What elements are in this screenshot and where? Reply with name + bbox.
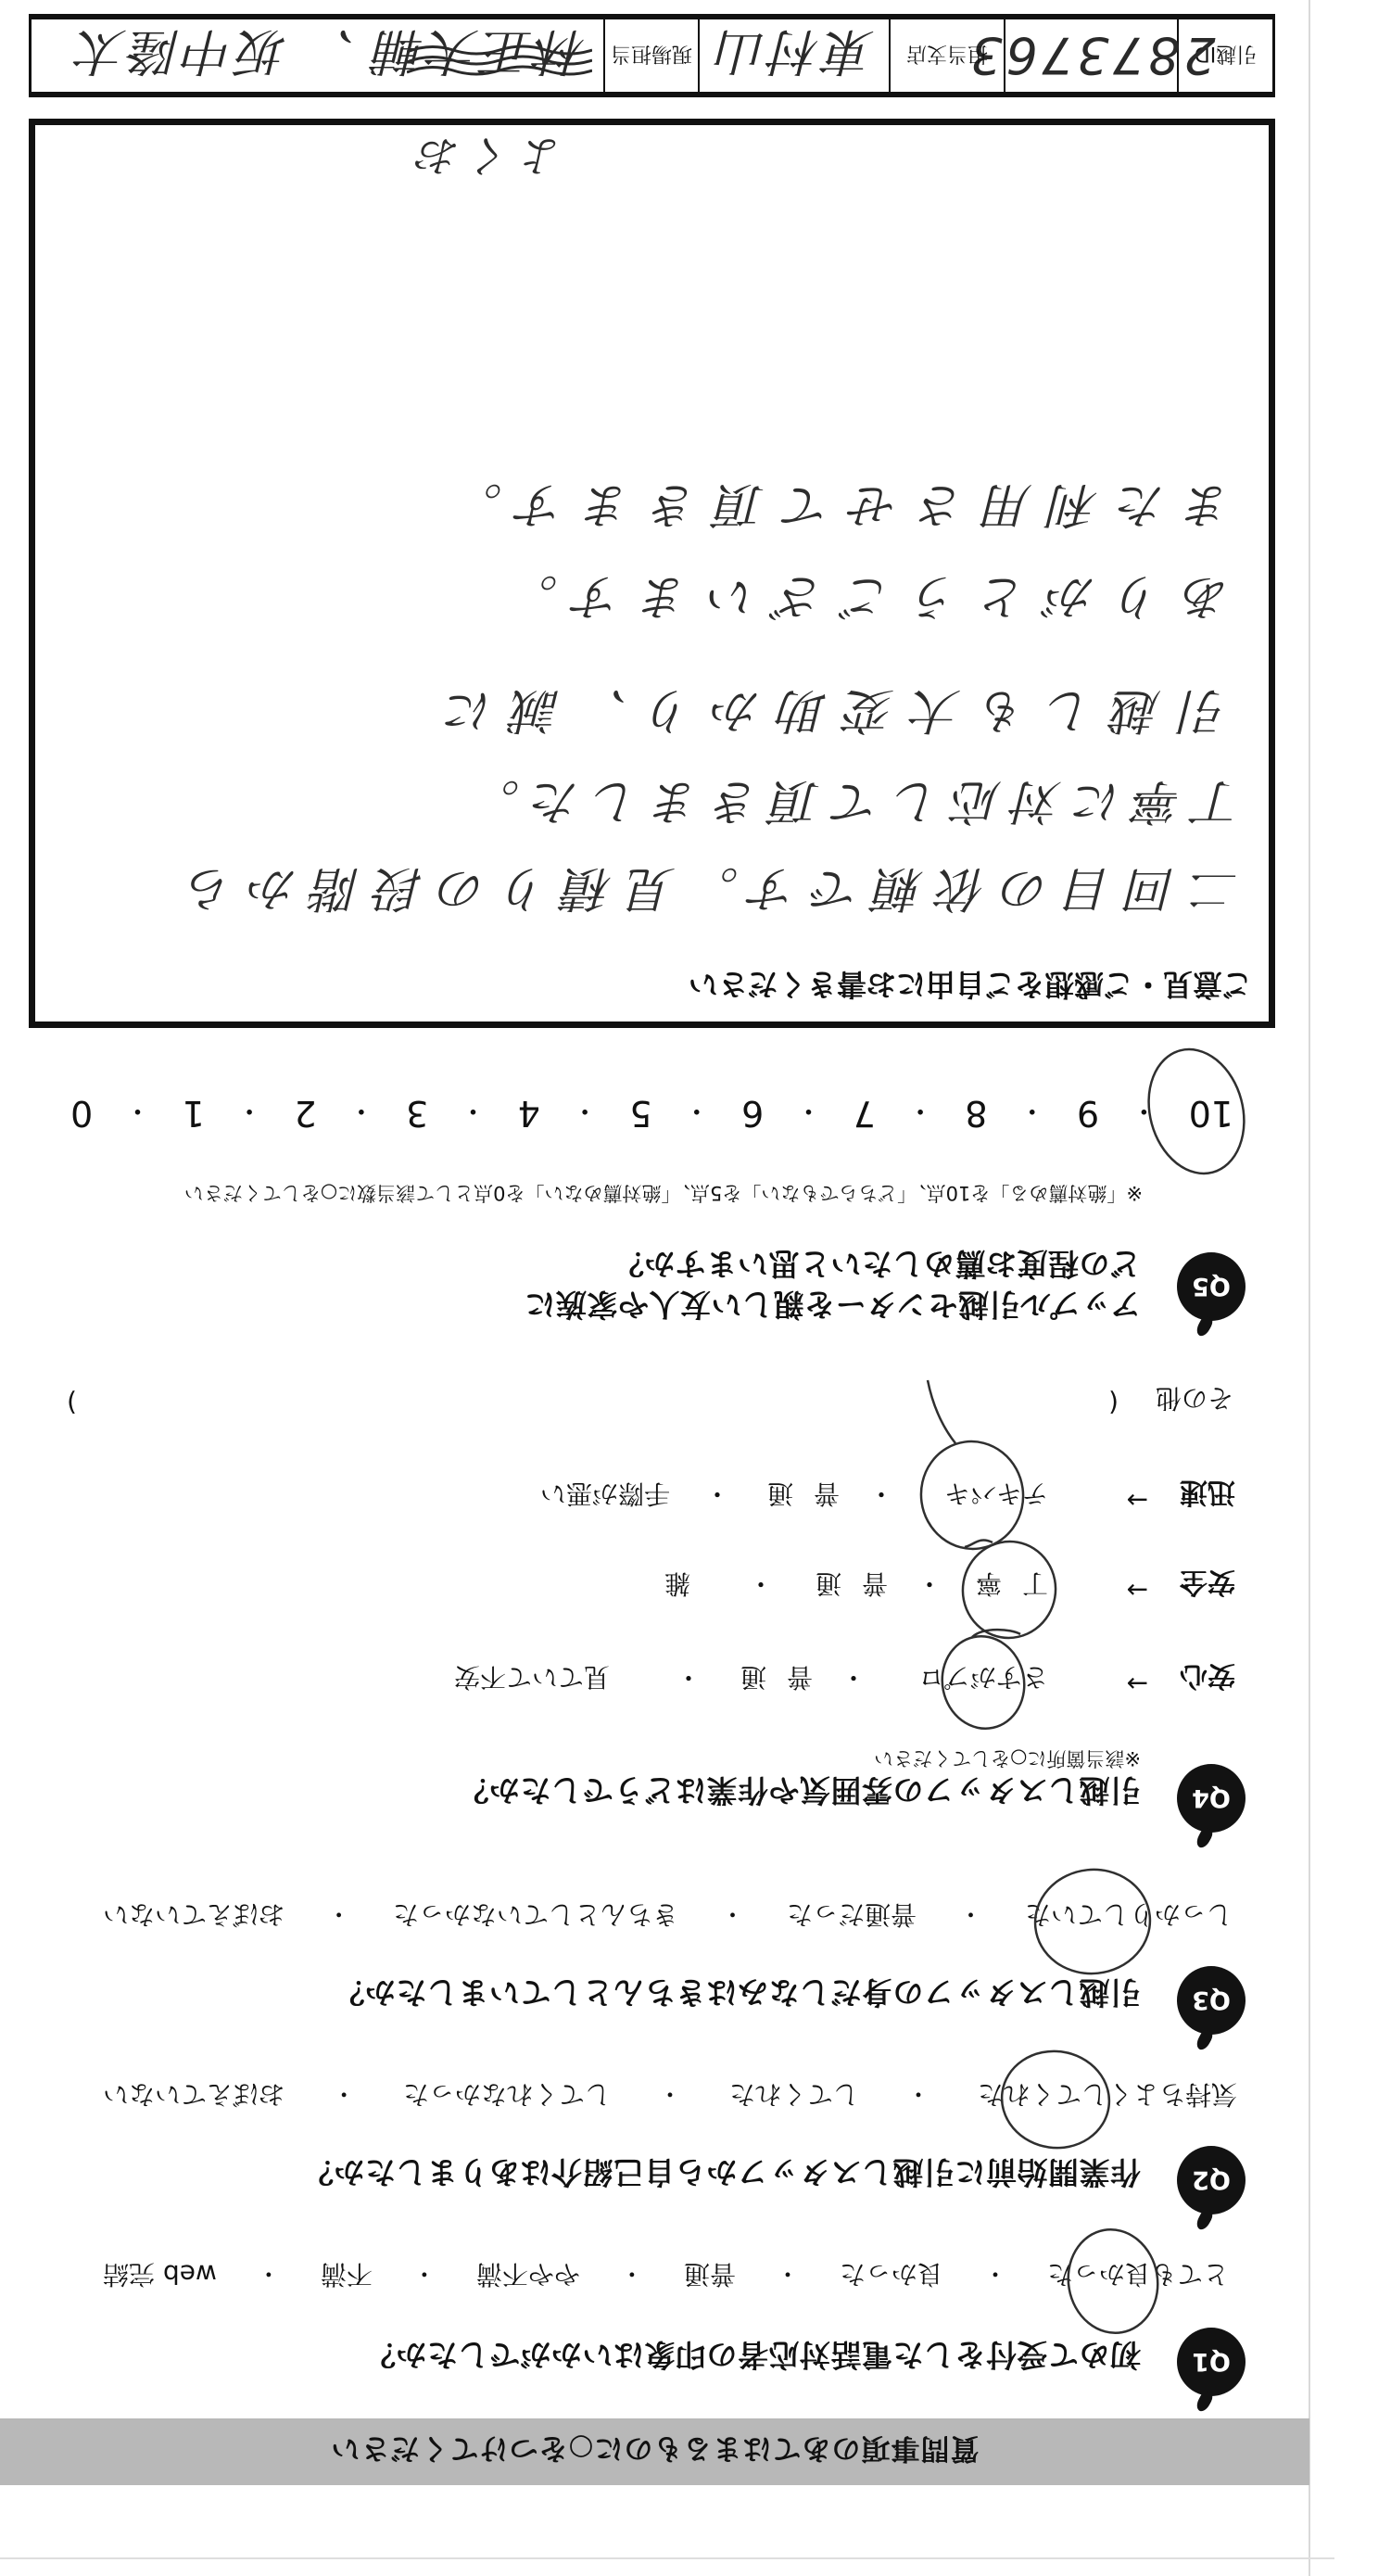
- separator-dot: ・: [676, 1660, 702, 1697]
- instructions-bar: 質問事項のあてはまるものに○をつけてください: [0, 2418, 1309, 2485]
- separator-dot: ・: [459, 1093, 487, 1134]
- q1-option-somewhat-dissatisfied[interactable]: やや不満: [476, 2257, 580, 2294]
- separator-dot: ・: [1130, 1093, 1157, 1134]
- separator-dot: ・: [1018, 1093, 1046, 1134]
- branch-value-cell: 東村山: [698, 19, 889, 92]
- separator-dot: ・: [124, 1093, 152, 1134]
- q3-apple-badge-icon: Q3: [1177, 1966, 1246, 2035]
- separator-dot: ・: [794, 1093, 822, 1134]
- arrow-right-icon: →: [1127, 1575, 1148, 1605]
- staff-name: 坂中隆太: [73, 20, 288, 92]
- separator-dot: ・: [868, 1477, 894, 1514]
- separator-dot: ・: [257, 2259, 281, 2293]
- arrow-right-icon: →: [1127, 1669, 1148, 1699]
- q4-row-label-peace-of-mind: 安心: [1180, 1658, 1235, 1699]
- q1-badge-label: Q1: [1192, 2348, 1231, 2377]
- separator-dot: ・: [332, 2079, 356, 2113]
- q1-apple-badge-icon: Q1: [1177, 2328, 1246, 2396]
- q2-option-no[interactable]: してくれなかった: [403, 2077, 611, 2114]
- q3-option-normal[interactable]: 普通だった: [787, 1897, 917, 1935]
- staff-value-cell: 林正大輔 、 坂中隆太: [32, 19, 603, 92]
- q1-option-normal[interactable]: 普通: [684, 2257, 736, 2294]
- q4-other-label: その他: [1156, 1381, 1233, 1418]
- comments-title: ご意見・ご感想をご自由にお書きください: [689, 965, 1252, 1008]
- q1-option-good[interactable]: 良かった: [840, 2257, 943, 2294]
- move-info-row: 引越ID 2873763 担当支店 東村山 現場担当 林正大輔 、 坂中隆太: [29, 14, 1275, 97]
- q2-option-dont-remember[interactable]: おぼえていない: [103, 2077, 285, 2114]
- q3-question-text: 引越しスタッフの身だしなみはきちんとしていましたか？: [334, 1973, 1141, 2016]
- q4-peace-option-pro[interactable]: さすがプロ: [918, 1660, 1048, 1697]
- q3-option-neat[interactable]: しっかりしていた: [1025, 1897, 1233, 1935]
- q1-question-text: 初めて受付をした電話対応者の印象はいかがでしたか？: [365, 2335, 1142, 2379]
- q2-option-yes[interactable]: してくれた: [729, 2077, 859, 2114]
- scale-6[interactable]: 6: [741, 1093, 764, 1134]
- q4-peace-option-normal[interactable]: 普通: [720, 1660, 813, 1697]
- q4-other-open-paren: (: [1108, 1388, 1119, 1418]
- q2-badge-label: Q2: [1192, 2166, 1231, 2195]
- scale-7[interactable]: 7: [854, 1093, 876, 1134]
- q4-other-field[interactable]: [94, 1387, 1094, 1418]
- separator-dot: ・: [841, 1660, 866, 1697]
- q4-speed-option-brisk[interactable]: テキパキ: [944, 1477, 1048, 1514]
- scale-0[interactable]: 0: [70, 1093, 93, 1134]
- separator-dot: ・: [917, 1567, 942, 1604]
- q3-option-dont-remember[interactable]: おぼえていない: [103, 1897, 285, 1935]
- separator-dot: ・: [906, 1093, 934, 1134]
- q2-question-text: 作業開始前に引越しスタッフから自己紹介はありましたか？: [303, 2152, 1142, 2196]
- staff-label-cell: 現場担当: [603, 19, 698, 92]
- comment-line: 二回目の依頼です。見積りの段階から: [171, 859, 1239, 917]
- arrow-right-icon: →: [1127, 1485, 1148, 1516]
- separator-dot: ・: [658, 2079, 682, 2113]
- separator-dot: ・: [412, 2259, 436, 2293]
- q4-badge-label: Q4: [1192, 1784, 1231, 1813]
- move-id-value: 2873763: [967, 27, 1216, 85]
- q5-apple-badge-icon: Q5: [1177, 1252, 1246, 1321]
- q1-option-very-good[interactable]: とても良かった: [1047, 2257, 1229, 2294]
- q4-safety-option-careful[interactable]: 丁寧: [955, 1567, 1048, 1604]
- move-id-value-cell: 2873763: [1004, 19, 1177, 92]
- comment-line: また利用させて頂きます。: [436, 476, 1233, 533]
- separator-dot: ・: [348, 1093, 375, 1134]
- separator-dot: ・: [704, 1477, 730, 1514]
- q3-option-not-neat[interactable]: きちんとしていなかった: [393, 1897, 678, 1935]
- separator-dot: ・: [776, 2259, 800, 2293]
- q5-question-line2: どの程度お薦めしたいと思いますか？: [613, 1244, 1142, 1288]
- scale-9[interactable]: 9: [1077, 1093, 1099, 1134]
- separator-dot: ・: [748, 1567, 774, 1604]
- q5-note: ※「絶対薦める」を10点、「どちらでもない」を5点、「絶対薦めない」を0点として…: [184, 1180, 1143, 1208]
- separator-dot: ・: [721, 1899, 745, 1934]
- scale-8[interactable]: 8: [965, 1093, 987, 1134]
- scale-2[interactable]: 2: [294, 1093, 316, 1134]
- staff-separator: 、: [301, 20, 355, 92]
- handwritten-mark: よくお: [409, 127, 564, 184]
- q1-option-dissatisfied[interactable]: 不満: [321, 2257, 373, 2294]
- branch-value: 東村山: [714, 20, 875, 92]
- scale-5[interactable]: 5: [629, 1093, 651, 1134]
- comment-line: ありがとうございます。: [490, 567, 1231, 625]
- scale-10[interactable]: 10: [1189, 1093, 1233, 1134]
- branch-label-cell: 担当支店: [889, 19, 1004, 92]
- q4-peace-option-anxious[interactable]: 見ていて不安: [454, 1660, 610, 1697]
- survey-form-scan: 質問事項のあてはまるものに○をつけてください Q1 初めて受付をした電話対応者の…: [0, 0, 1391, 2576]
- separator-dot: ・: [683, 1093, 711, 1134]
- scan-edge-line: [0, 2557, 1334, 2559]
- separator-dot: ・: [959, 1899, 983, 1934]
- q4-speed-option-normal[interactable]: 普通: [747, 1477, 840, 1514]
- q5-recommend-scale: 10 ・ 9 ・ 8 ・ 7 ・ 6 ・ 5 ・ 4 ・ 3 ・ 2 ・ 1 ・…: [70, 1093, 1233, 1134]
- branch-label: 担当支店: [906, 42, 988, 70]
- q4-row-label-safety: 安全: [1180, 1565, 1235, 1605]
- q4-speed-option-clumsy[interactable]: 手際が悪い: [540, 1477, 670, 1514]
- q1-option-web-complete[interactable]: web 完結: [103, 2257, 217, 2294]
- q2-apple-badge-icon: Q2: [1177, 2146, 1246, 2214]
- q2-options: 気持ちよくしてくれた ・ してくれた ・ してくれなかった ・ おぼえていない: [103, 2077, 1237, 2114]
- q4-pen-connector-icon: [972, 1630, 1020, 1637]
- q4-row-label-speed: 迅速: [1180, 1475, 1235, 1516]
- q4-other-close-paren: ): [67, 1388, 77, 1418]
- q4-pen-connector-icon: [965, 1541, 993, 1547]
- q4-question-text: 引越しスタッフの雰囲気や作業はどうでしたか？: [458, 1770, 1141, 1814]
- instructions-text: 質問事項のあてはまるものに○をつけてください: [330, 2431, 979, 2473]
- scale-4[interactable]: 4: [518, 1093, 540, 1134]
- comment-line: 丁寧に対応して頂きました。: [460, 772, 1243, 830]
- separator-dot: ・: [983, 2259, 1007, 2293]
- q3-badge-label: Q3: [1192, 1986, 1231, 2015]
- q2-option-pleasantly[interactable]: 気持ちよくしてくれた: [978, 2077, 1237, 2114]
- q5-badge-label: Q5: [1192, 1273, 1231, 1301]
- q4-apple-badge-icon: Q4: [1177, 1764, 1246, 1833]
- q1-options: とても良かった ・ 良かった ・ 普通 ・ やや不満 ・ 不満 ・ web 完結: [103, 2257, 1229, 2294]
- staff-crossed-out-name: 林正大輔: [372, 20, 587, 92]
- separator-dot: ・: [327, 1899, 351, 1934]
- q4-safety-option-rough[interactable]: 雑: [664, 1567, 690, 1604]
- staff-label: 現場担当: [611, 42, 692, 70]
- comment-line: 引越しも大変助かり、誠に: [427, 681, 1228, 739]
- scale-1[interactable]: 1: [183, 1093, 205, 1134]
- q5-question-line1: アップル引越センターを親しい友人や家族に: [525, 1285, 1141, 1328]
- scale-3[interactable]: 3: [406, 1093, 428, 1134]
- strikethrough-scribble-icon: [407, 38, 592, 84]
- q4-note: ※該当箇所に○をしてください: [874, 1745, 1141, 1773]
- separator-dot: ・: [906, 2079, 930, 2113]
- separator-dot: ・: [235, 1093, 263, 1134]
- separator-dot: ・: [620, 2259, 644, 2293]
- separator-dot: ・: [571, 1093, 599, 1134]
- q4-safety-option-normal[interactable]: 普通: [795, 1567, 888, 1604]
- scan-edge-shadow: [1309, 0, 1310, 2576]
- q3-options: しっかりしていた ・ 普通だった ・ きちんとしていなかった ・ おぼえていない: [103, 1897, 1233, 1935]
